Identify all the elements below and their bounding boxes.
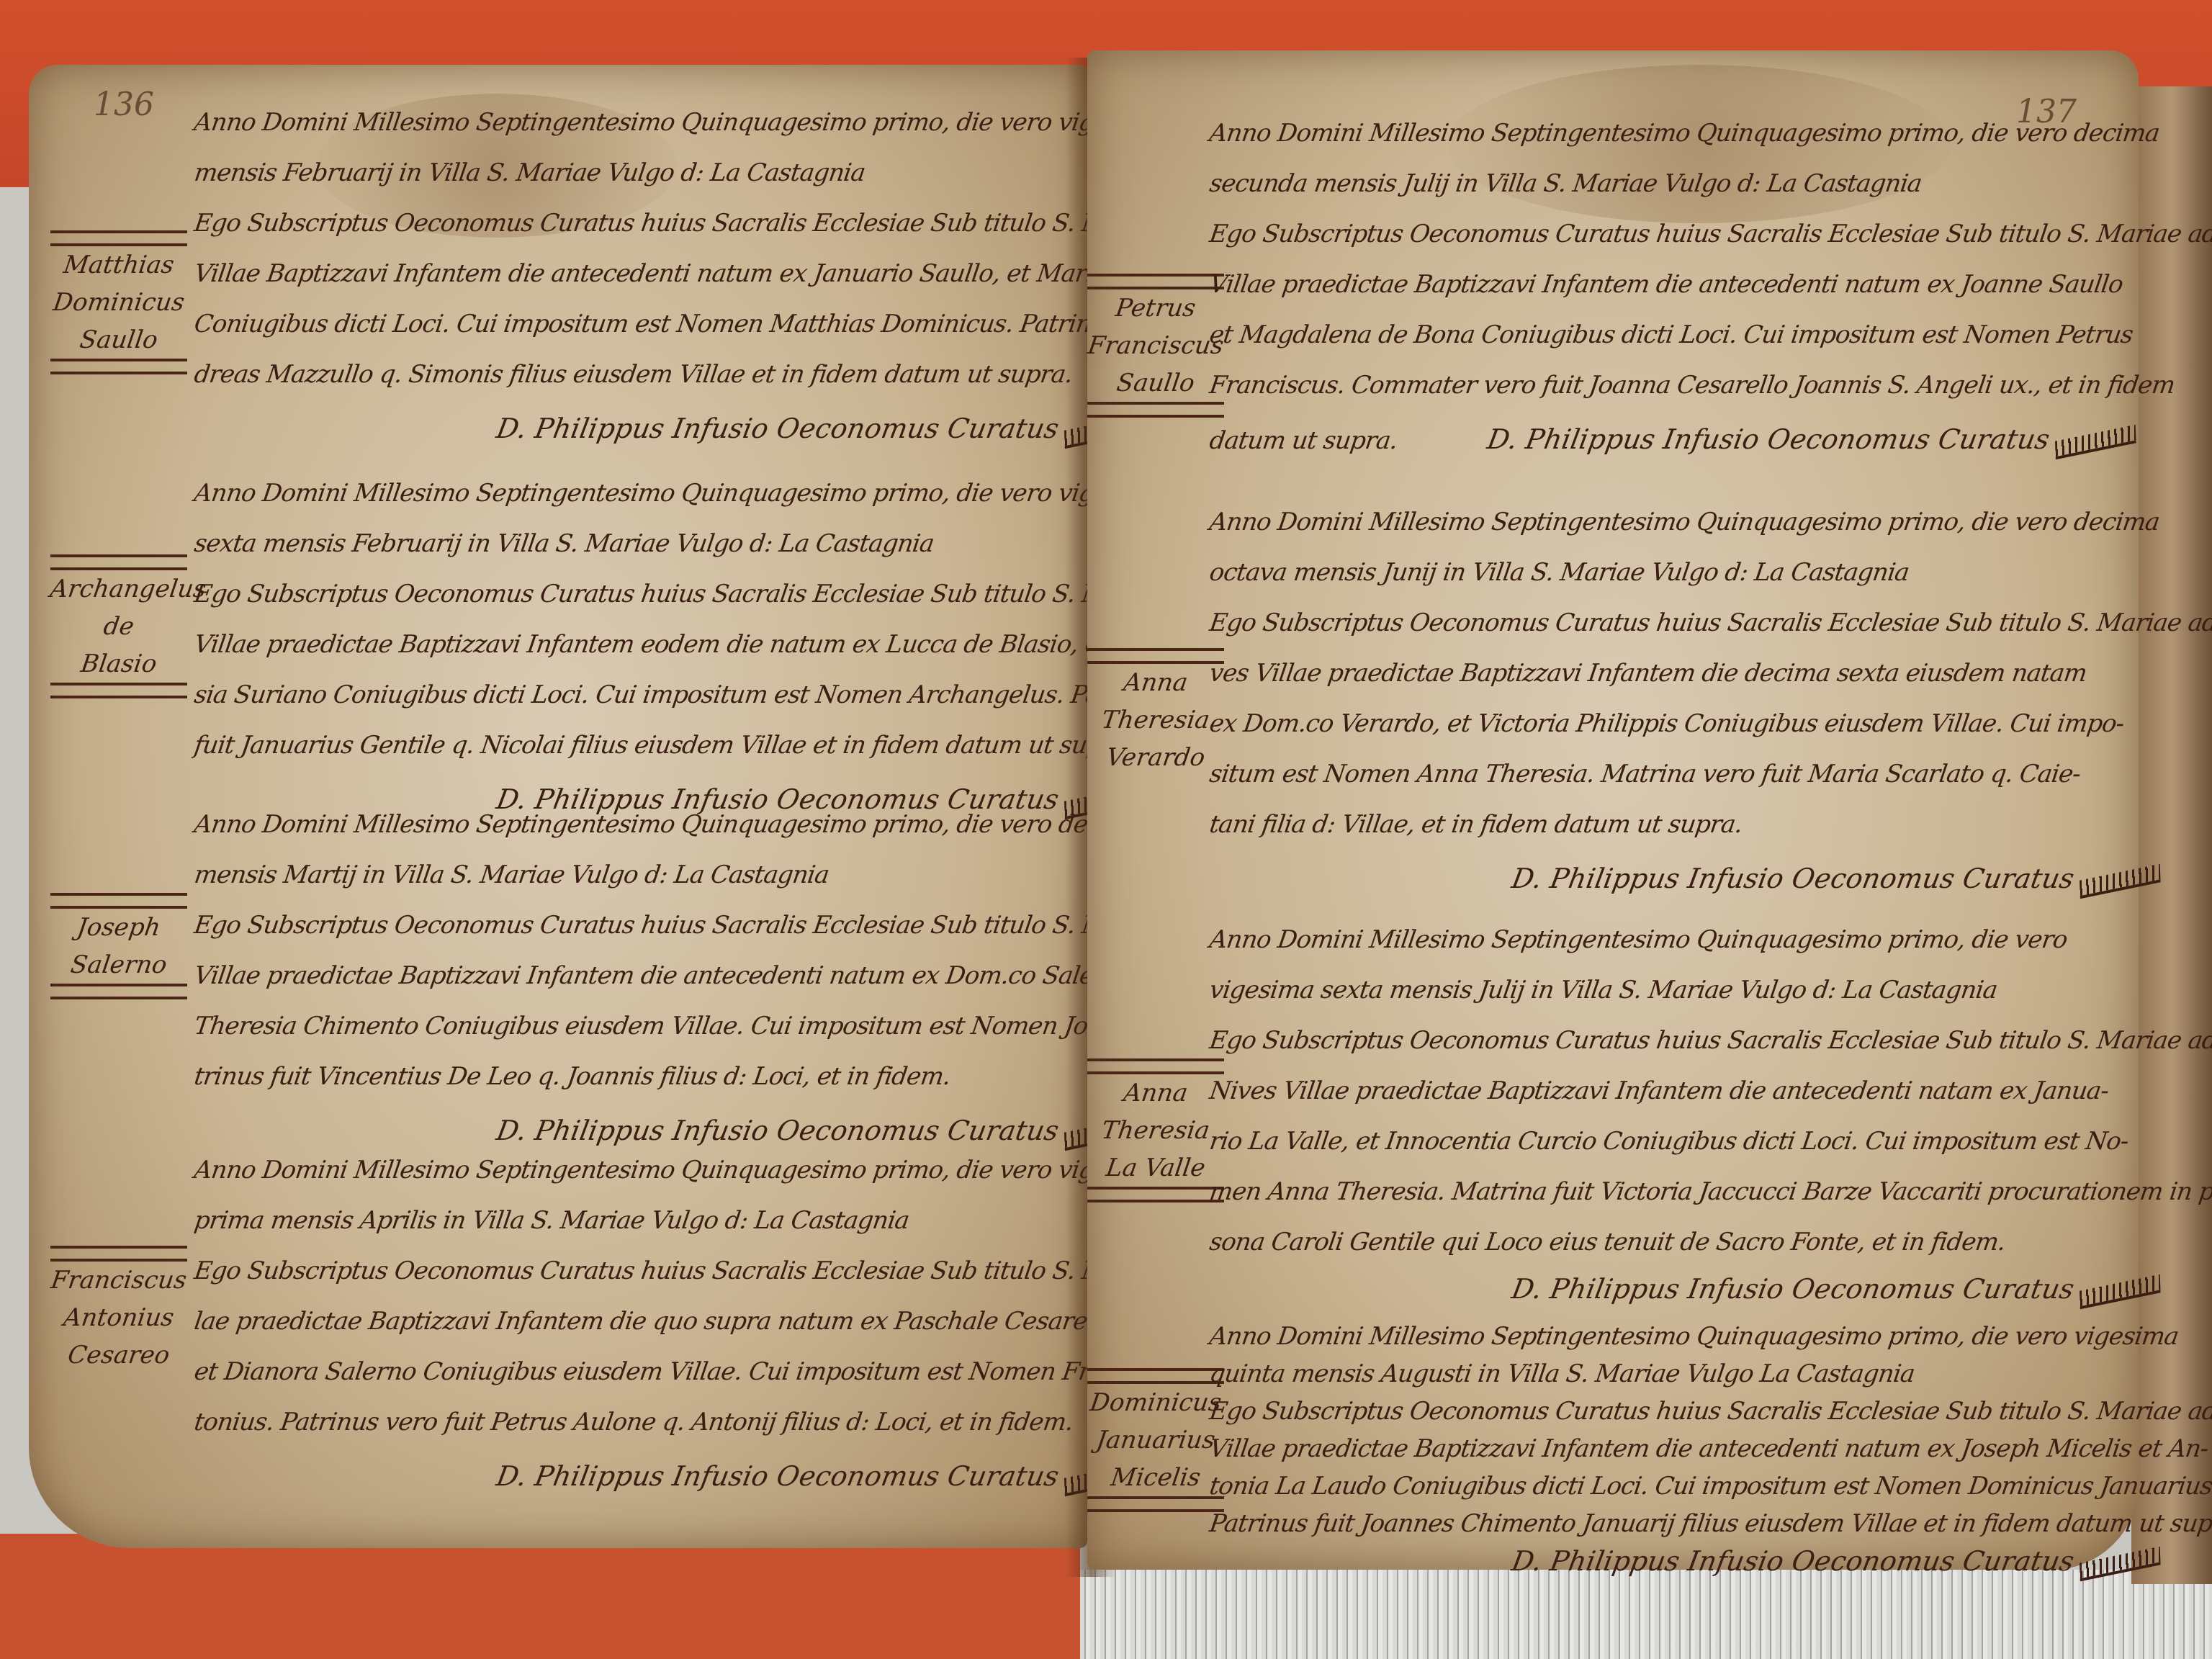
double-rule bbox=[50, 683, 187, 698]
double-rule bbox=[1087, 1187, 1224, 1202]
margin-name-line: Verardo bbox=[1084, 739, 1226, 776]
baptism-entry: Anno Domini Millesimo Septingentesimo Qu… bbox=[1210, 914, 2212, 1310]
double-rule bbox=[1087, 274, 1224, 289]
margin-name-line: Joseph bbox=[48, 909, 189, 946]
double-rule bbox=[50, 1246, 187, 1262]
margin-name-line: Theresia bbox=[1084, 701, 1226, 739]
entry-line: ex Dom.co Verardo, et Victoria Philippis… bbox=[1206, 698, 2212, 749]
double-rule bbox=[1087, 1368, 1224, 1384]
entry-line: Ego Subscriptus Oeconomus Curatus huius … bbox=[1206, 1015, 2212, 1066]
curate-signature: D. Philippus Infusio Oeconomus Curatus bbox=[1205, 850, 2212, 907]
entry-line: Anno Domini Millesimo Septingentesimo Qu… bbox=[1206, 914, 2212, 965]
margin-name-box: Anna Theresia Verardo bbox=[1087, 648, 1224, 776]
entry-line: Ego Subscriptus Oeconomus Curatus huius … bbox=[1206, 209, 2212, 259]
entry-line: rio La Valle, et Innocentia Curcio Coniu… bbox=[1206, 1116, 2212, 1166]
signature-flourish-icon bbox=[2055, 424, 2136, 459]
double-rule bbox=[50, 230, 187, 246]
entry-line: Anno Domini Millesimo Septingentesimo Qu… bbox=[1206, 497, 2212, 547]
left-page: 136 Matthias Dominicus Saullo Anno Domin… bbox=[29, 65, 1087, 1548]
curate-signature: D. Philippus Infusio Oeconomus Curatus bbox=[1206, 1542, 2212, 1580]
entry-line: tonia La Laudo Coniugibus dicti Loci. Cu… bbox=[1207, 1467, 2212, 1505]
entry-line: Patrinus fuit Joannes Chimento Januarij … bbox=[1207, 1505, 2212, 1542]
margin-name-line: Anna bbox=[1084, 664, 1226, 701]
margin-name-line: Salerno bbox=[48, 946, 189, 984]
margin-name-line: Micelis bbox=[1084, 1459, 1226, 1496]
signature-flourish-icon bbox=[2080, 863, 2161, 898]
margin-name-box: Joseph Salerno bbox=[50, 893, 187, 999]
entry-line: Villae praedictae Baptizzavi Infantem di… bbox=[1206, 259, 2212, 310]
page-number: 136 bbox=[94, 86, 154, 123]
orange-backing-bottom bbox=[0, 1534, 1080, 1659]
margin-name-line: Januarius bbox=[1084, 1421, 1226, 1459]
margin-name-line: Blasio bbox=[48, 645, 189, 683]
margin-name-box: Matthias Dominicus Saullo bbox=[50, 230, 187, 374]
entry-line: Nives Villae praedictae Baptizzavi Infan… bbox=[1206, 1066, 2212, 1116]
double-rule bbox=[1087, 1496, 1224, 1512]
entry-line: Villae praedictae Baptizzavi Infantem di… bbox=[1207, 1430, 2212, 1467]
double-rule bbox=[50, 893, 187, 909]
double-rule bbox=[1087, 648, 1224, 664]
margin-name-box: Petrus Franciscus Saullo bbox=[1087, 274, 1224, 418]
entry-line: situm est Nomen Anna Theresia. Matrina v… bbox=[1206, 749, 2212, 799]
margin-name-line: Theresia bbox=[1084, 1112, 1226, 1149]
entry-line: men Anna Theresia. Matrina fuit Victoria… bbox=[1206, 1166, 2212, 1217]
curate-signature: D. Philippus Infusio Oeconomus Curatus bbox=[1395, 410, 2140, 468]
entry-line: quinta mensis Augusti in Villa S. Mariae… bbox=[1207, 1355, 2212, 1393]
margin-name-line: Petrus bbox=[1084, 289, 1226, 327]
entry-line: secunda mensis Julij in Villa S. Mariae … bbox=[1206, 158, 2212, 209]
signature-flourish-icon bbox=[2080, 1546, 2161, 1581]
margin-name-line: Antonius bbox=[48, 1299, 189, 1336]
margin-name-line: La Valle bbox=[1084, 1149, 1226, 1187]
right-page: 137 Petrus Franciscus Saullo Anno Domini… bbox=[1087, 50, 2139, 1570]
baptism-entry: Anno Domini Millesimo Septingentesimo Qu… bbox=[1210, 1318, 2212, 1580]
entry-line: Anno Domini Millesimo Septingentesimo Qu… bbox=[1207, 1318, 2212, 1355]
entry-line: Franciscus. Commater vero fuit Joanna Ce… bbox=[1206, 360, 2212, 410]
entry-line: Ego Subscriptus Oeconomus Curatus huius … bbox=[1207, 1393, 2212, 1430]
margin-name-line: Saullo bbox=[1084, 364, 1226, 402]
margin-name-line: Dominicus bbox=[48, 284, 189, 321]
entry-line: Ego Subscriptus Oeconomus Curatus huius … bbox=[1206, 598, 2212, 648]
margin-name-line: Dominicus bbox=[1084, 1384, 1226, 1421]
double-rule bbox=[50, 984, 187, 999]
double-rule bbox=[1087, 402, 1224, 418]
margin-name-line: Franciscus bbox=[1084, 327, 1226, 364]
entry-line: vigesima sexta mensis Julij in Villa S. … bbox=[1206, 965, 2212, 1015]
newspaper-underlay bbox=[1080, 1570, 2212, 1659]
double-rule bbox=[1087, 1058, 1224, 1074]
margin-name-box: Franciscus Antonius Cesareo bbox=[50, 1246, 187, 1374]
entry-line: Anno Domini Millesimo Septingentesimo Qu… bbox=[1206, 108, 2212, 158]
entry-line: sona Caroli Gentile qui Loco eius tenuit… bbox=[1206, 1217, 2212, 1267]
entry-line: octava mensis Junij in Villa S. Mariae V… bbox=[1206, 547, 2212, 598]
signature-flourish-icon bbox=[2080, 1274, 2161, 1308]
entry-line: tani filia d: Villae, et in fidem datum … bbox=[1206, 799, 2212, 850]
margin-name-line: Saullo bbox=[48, 321, 189, 359]
margin-name-line: Franciscus bbox=[48, 1262, 189, 1299]
entry-line: ves Villae praedictae Baptizzavi Infante… bbox=[1206, 648, 2212, 698]
margin-name-line: Anna bbox=[1084, 1074, 1226, 1112]
margin-name-line: Cesareo bbox=[48, 1336, 189, 1374]
entry-line: et Magdalena de Bona Coniugibus dicti Lo… bbox=[1206, 310, 2212, 360]
curate-signature: D. Philippus Infusio Oeconomus Curatus bbox=[1206, 1267, 2212, 1310]
baptism-entry: Anno Domini Millesimo Septingentesimo Qu… bbox=[1210, 108, 2212, 468]
double-rule bbox=[50, 554, 187, 570]
entry-line: datum ut supra. bbox=[1206, 415, 1401, 466]
margin-name-line: Matthias bbox=[48, 246, 189, 284]
baptism-entry: Anno Domini Millesimo Septingentesimo Qu… bbox=[1210, 497, 2212, 907]
margin-name-box: Dominicus Januarius Micelis bbox=[1087, 1368, 1224, 1512]
margin-name-box: Archangelus de Blasio bbox=[50, 554, 187, 698]
margin-name-line: de bbox=[48, 608, 189, 645]
margin-name-line: Archangelus bbox=[48, 570, 189, 608]
double-rule bbox=[50, 359, 187, 374]
margin-name-box: Anna Theresia La Valle bbox=[1087, 1058, 1224, 1202]
